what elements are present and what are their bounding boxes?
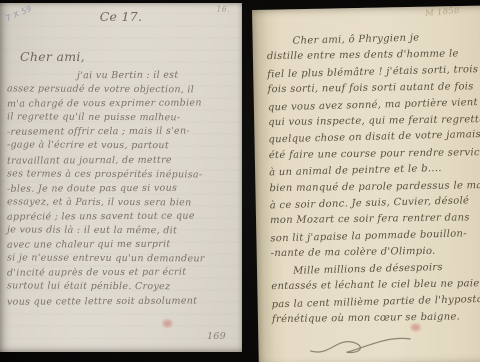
letter-salutation: Cher ami, [20,49,85,64]
handwritten-line: travaillant au journal, de mettre [7,153,240,169]
letter-body-right: Cher ami, ô Phrygien jedistille entre me… [266,30,480,329]
handwritten-line: frénétique où mon cœur se baigne. [272,309,480,328]
handwritten-line: je vous dis là : il eut la même, dit [7,223,240,238]
archival-annotation: M 1858 [425,6,461,19]
left-page: 7 X 59 16. Ce 17. Cher ami, j'ai vu Bert… [0,3,242,352]
letter-date-heading: Ce 17. [0,9,242,24]
handwritten-line: essayez, et à Paris, il vous sera bien [7,195,240,210]
manuscript-scan: 7 X 59 16. Ce 17. Cher ami, j'ai vu Bert… [0,0,480,362]
folio-number: 169 [207,331,226,342]
handwritten-line: vous que cette lettre soit absolument [7,294,240,310]
handwritten-line: -bles. Je ne doute pas que si vous [7,181,240,197]
ink-stamp [162,319,173,328]
letter-body-left: j'ai vu Bertin : il estassez persuadé de… [7,69,240,309]
handwritten-line: -gage à l'écrire et vous, partout [7,139,240,154]
right-page: M 1858 Cher ami, ô Phrygien jedistille e… [252,6,480,362]
handwritten-line: surtout lui était pénible. Croyez [7,280,240,295]
signature-flourish [306,329,417,359]
handwritten-line: ses termes à ces prospérités inépuisa- [7,167,240,182]
handwritten-line: apprécié ; les uns savent tout ce que [7,209,240,225]
handwritten-line: j'ai vu Bertin : il est [7,68,240,84]
